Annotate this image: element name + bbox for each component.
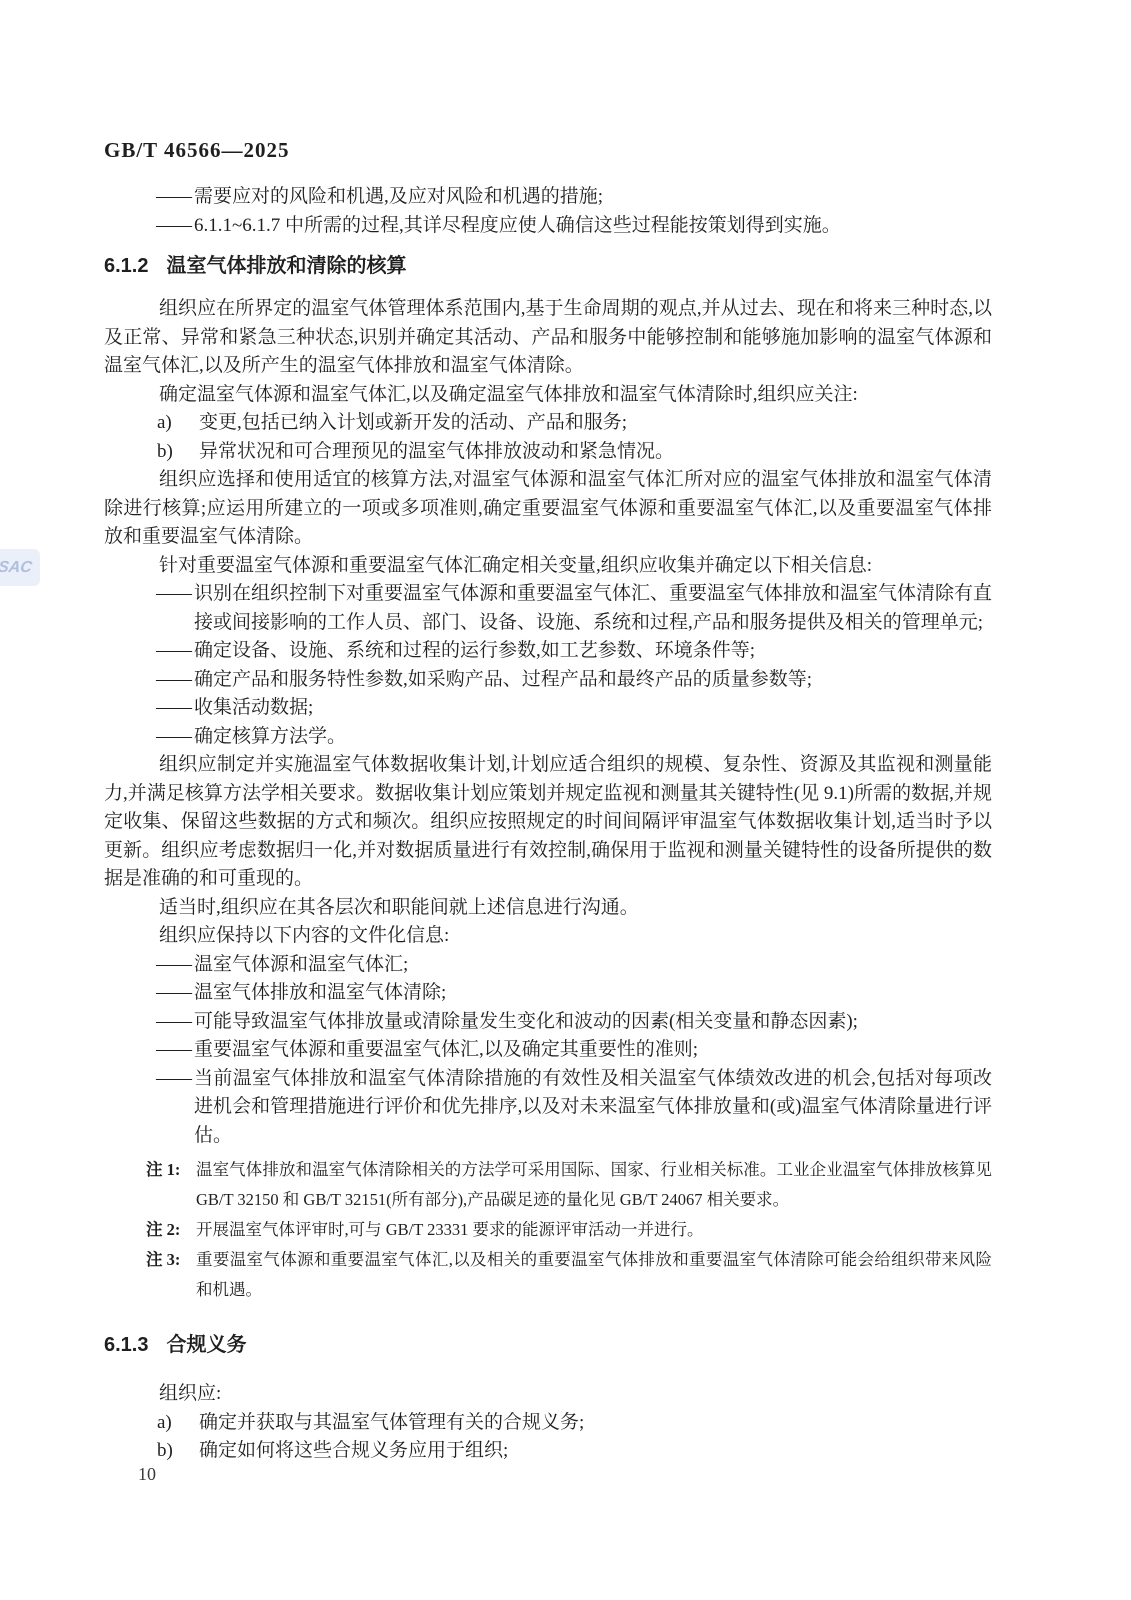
standard-number: GB/T 46566—2025 (104, 138, 290, 163)
sac-watermark-text: SAC (0, 559, 33, 577)
dash-marker: —— (156, 580, 194, 637)
list-item: —— 当前温室气体排放和温室气体清除措施的有效性及相关温室气体绩效改进的机会,包… (104, 1065, 992, 1151)
list-item: —— 确定核算方法学。 (104, 723, 992, 752)
dash-marker: —— (156, 637, 194, 666)
list-item-text: 确定设备、设施、系统和过程的运行参数,如工艺参数、环境条件等; (194, 637, 992, 666)
list-item: —— 收集活动数据; (104, 694, 992, 723)
dash-marker: —— (156, 723, 194, 752)
list-item-text: 温室气体排放和温室气体清除; (194, 979, 992, 1008)
list-item-text: 确定并获取与其温室气体管理有关的合规义务; (199, 1409, 992, 1438)
list-item: —— 确定设备、设施、系统和过程的运行参数,如工艺参数、环境条件等; (104, 637, 992, 666)
paragraph: 适当时,组织应在其各层次和职能间就上述信息进行沟通。 (104, 894, 992, 923)
note-text: 温室气体排放和温室气体清除相关的方法学可采用国际、国家、行业相关标准。工业企业温… (196, 1155, 992, 1215)
list-item: —— 确定产品和服务特性参数,如采购产品、过程产品和最终产品的质量参数等; (104, 666, 992, 695)
note: 注 1: 温室气体排放和温室气体清除相关的方法学可采用国际、国家、行业相关标准。… (104, 1155, 992, 1215)
list-item: —— 识别在组织控制下对重要温室气体源和重要温室气体汇、重要温室气体排放和温室气… (104, 580, 992, 637)
list-item-text: 收集活动数据; (194, 694, 992, 723)
list-item-text: 确定核算方法学。 (194, 723, 992, 752)
list-item-text: 异常状况和可合理预见的温室气体排放波动和紧急情况。 (199, 438, 992, 467)
note: 注 3: 重要温室气体源和重要温室气体汇,以及相关的重要温室气体排放和重要温室气… (104, 1245, 992, 1305)
note-text: 重要温室气体源和重要温室气体汇,以及相关的重要温室气体排放和重要温室气体清除可能… (196, 1245, 992, 1305)
dash-marker: —— (156, 979, 194, 1008)
list-item: —— 温室气体源和温室气体汇; (104, 951, 992, 980)
dash-marker: —— (156, 212, 194, 241)
page-content: —— 需要应对的风险和机遇,及应对风险和机遇的措施; —— 6.1.1~6.1.… (104, 183, 992, 1466)
sac-watermark: SAC (0, 549, 40, 586)
page-number: 10 (138, 1464, 156, 1485)
list-item: a) 确定并获取与其温室气体管理有关的合规义务; (104, 1409, 992, 1438)
dash-marker: —— (156, 666, 194, 695)
list-item-text: 可能导致温室气体排放量或清除量发生变化和波动的因素(相关变量和静态因素); (194, 1008, 992, 1037)
list-item-text: 当前温室气体排放和温室气体清除措施的有效性及相关温室气体绩效改进的机会,包括对每… (194, 1065, 992, 1151)
note-label: 注 3: (146, 1245, 196, 1305)
list-item-text: 需要应对的风险和机遇,及应对风险和机遇的措施; (194, 183, 992, 212)
section-title: 温室气体排放和清除的核算 (166, 253, 406, 279)
notes-block: 注 1: 温室气体排放和温室气体清除相关的方法学可采用国际、国家、行业相关标准。… (104, 1155, 992, 1305)
note-text: 开展温室气体评审时,可与 GB/T 23331 要求的能源评审活动一并进行。 (196, 1215, 992, 1245)
section-heading-6-1-2: 6.1.2 温室气体排放和清除的核算 (104, 253, 992, 279)
paragraph: 针对重要温室气体源和重要温室气体汇确定相关变量,组织应收集并确定以下相关信息: (104, 552, 992, 581)
dash-marker: —— (156, 1036, 194, 1065)
list-item-label: a) (157, 1409, 199, 1438)
list-item: —— 重要温室气体源和重要温室气体汇,以及确定其重要性的准则; (104, 1036, 992, 1065)
paragraph: 组织应: (104, 1380, 992, 1409)
list-item-label: b) (157, 438, 199, 467)
list-item: —— 需要应对的风险和机遇,及应对风险和机遇的措施; (104, 183, 992, 212)
list-item: a) 变更,包括已纳入计划或新开发的活动、产品和服务; (104, 409, 992, 438)
paragraph: 组织应选择和使用适宜的核算方法,对温室气体源和温室气体汇所对应的温室气体排放和温… (104, 466, 992, 552)
list-item-text: 确定如何将这些合规义务应用于组织; (199, 1437, 992, 1466)
list-item: —— 可能导致温室气体排放量或清除量发生变化和波动的因素(相关变量和静态因素); (104, 1008, 992, 1037)
dash-marker: —— (156, 1065, 194, 1151)
list-item: b) 异常状况和可合理预见的温室气体排放波动和紧急情况。 (104, 438, 992, 467)
section-number: 6.1.3 (104, 1332, 148, 1358)
list-item: b) 确定如何将这些合规义务应用于组织; (104, 1437, 992, 1466)
dash-marker: —— (156, 694, 194, 723)
paragraph: 组织应制定并实施温室气体数据收集计划,计划应适合组织的规模、复杂性、资源及其监视… (104, 751, 992, 894)
paragraph: 确定温室气体源和温室气体汇,以及确定温室气体排放和温室气体清除时,组织应关注: (104, 381, 992, 410)
list-item: —— 温室气体排放和温室气体清除; (104, 979, 992, 1008)
note-label: 注 2: (146, 1215, 196, 1245)
note-label: 注 1: (146, 1155, 196, 1215)
list-item-text: 确定产品和服务特性参数,如采购产品、过程产品和最终产品的质量参数等; (194, 666, 992, 695)
dash-marker: —— (156, 183, 194, 212)
section-title: 合规义务 (166, 1332, 246, 1358)
section-heading-6-1-3: 6.1.3 合规义务 (104, 1332, 992, 1358)
list-item-text: 变更,包括已纳入计划或新开发的活动、产品和服务; (199, 409, 992, 438)
dash-marker: —— (156, 951, 194, 980)
list-item-text: 温室气体源和温室气体汇; (194, 951, 992, 980)
list-item-text: 重要温室气体源和重要温室气体汇,以及确定其重要性的准则; (194, 1036, 992, 1065)
list-item-text: 6.1.1~6.1.7 中所需的过程,其详尽程度应使人确信这些过程能按策划得到实… (194, 212, 992, 241)
paragraph: 组织应保持以下内容的文件化信息: (104, 922, 992, 951)
dash-marker: —— (156, 1008, 194, 1037)
note: 注 2: 开展温室气体评审时,可与 GB/T 23331 要求的能源评审活动一并… (104, 1215, 992, 1245)
document-page: SAC GB/T 46566—2025 —— 需要应对的风险和机遇,及应对风险和… (0, 0, 1131, 1600)
list-item: —— 6.1.1~6.1.7 中所需的过程,其详尽程度应使人确信这些过程能按策划… (104, 212, 992, 241)
list-item-label: b) (157, 1437, 199, 1466)
list-item-label: a) (157, 409, 199, 438)
list-item-text: 识别在组织控制下对重要温室气体源和重要温室气体汇、重要温室气体排放和温室气体清除… (194, 580, 992, 637)
section-number: 6.1.2 (104, 253, 148, 279)
paragraph: 组织应在所界定的温室气体管理体系范围内,基于生命周期的观点,并从过去、现在和将来… (104, 295, 992, 381)
